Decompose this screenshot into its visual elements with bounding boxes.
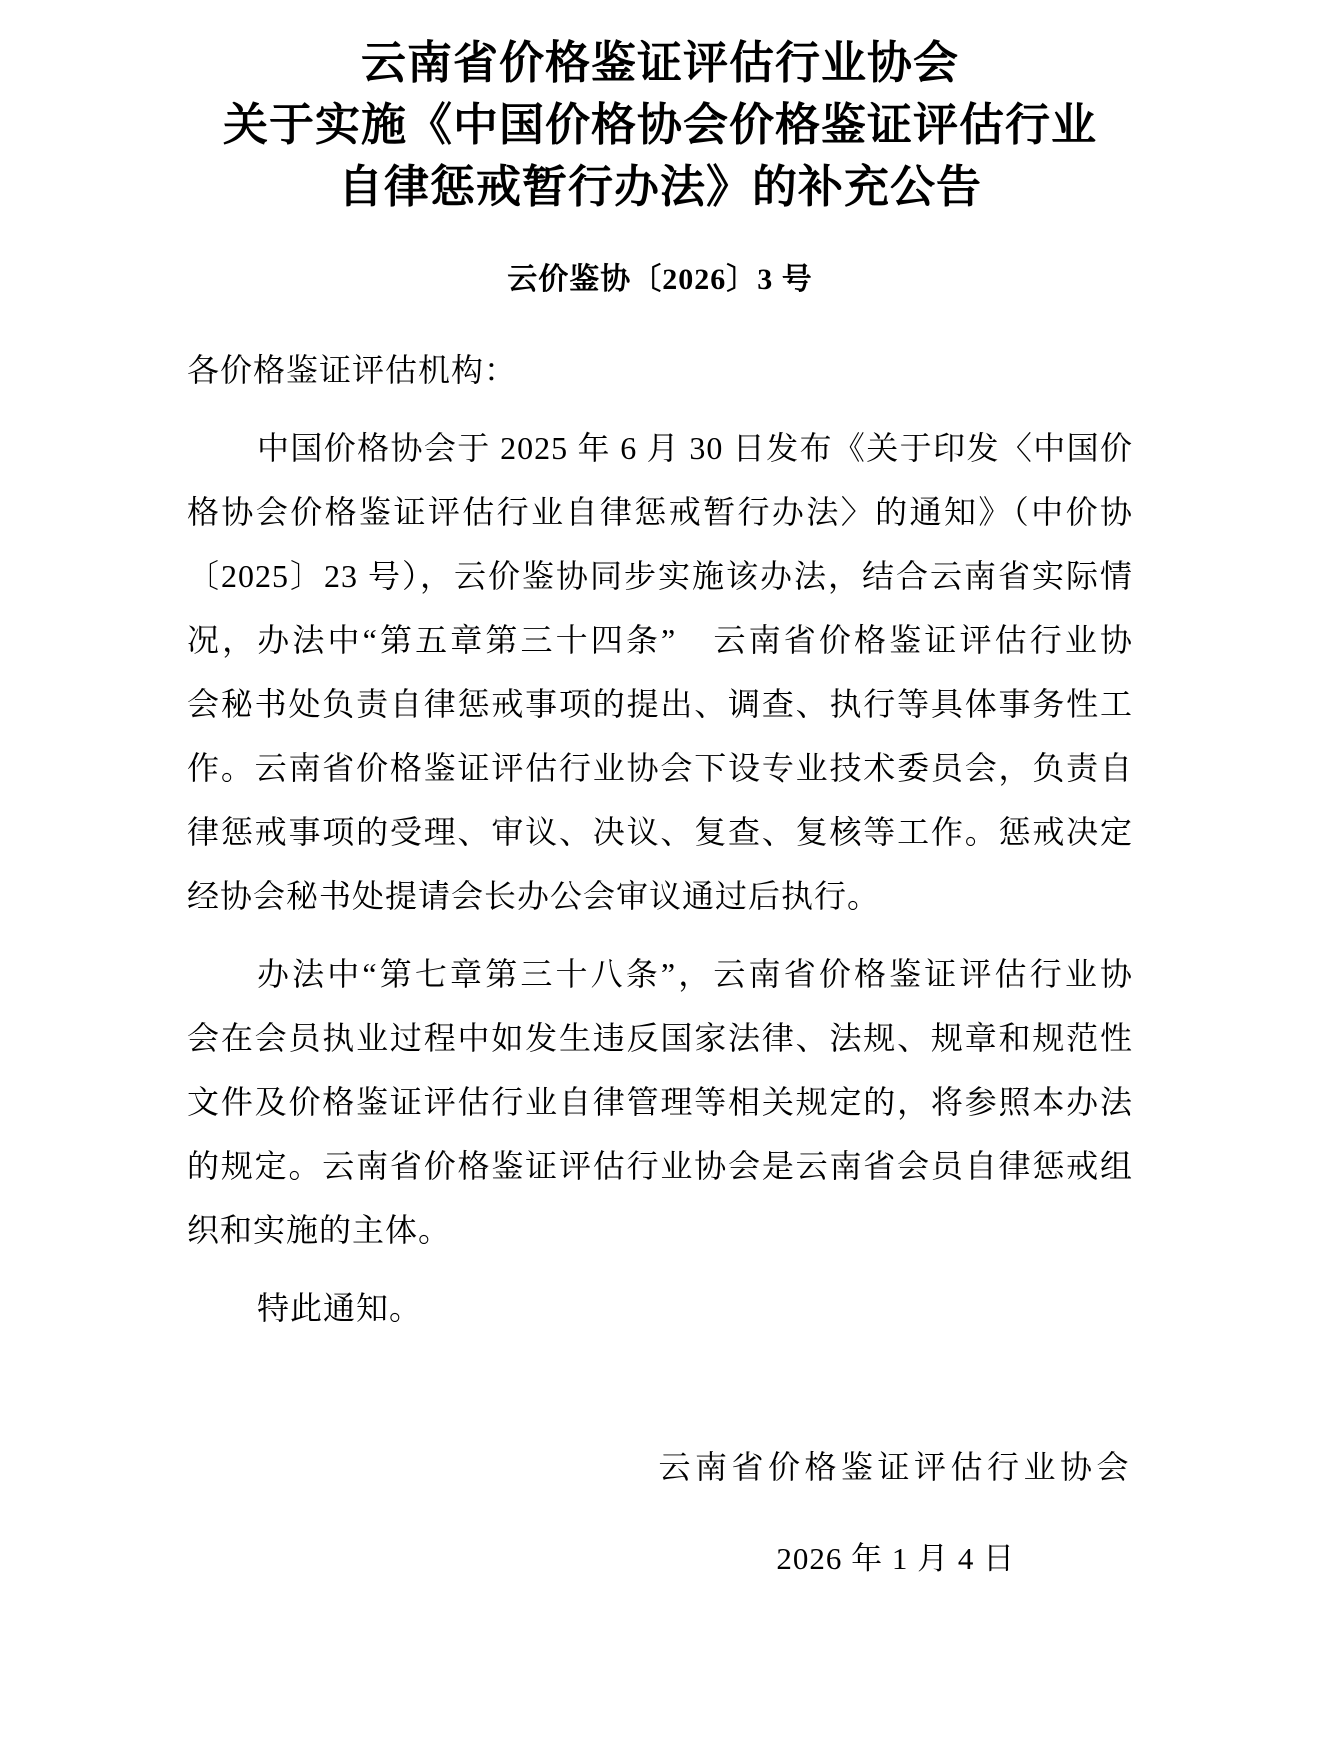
paragraph-1-line: 作。云南省价格鉴证评估行业协会下设专业技术委员会，负责自 <box>187 736 1133 800</box>
paragraph-1-line: 格协会价格鉴证评估行业自律惩戒暂行办法〉的通知》（中价协 <box>187 480 1133 544</box>
salutation: 各价格鉴证评估机构： <box>187 338 1133 402</box>
document-title-line-2: 关于实施《中国价格协会价格鉴证评估行业 <box>187 94 1133 156</box>
paragraph-1-line: 况，办法中“第五章第三十四条” 云南省价格鉴证评估行业协 <box>187 608 1133 672</box>
closing-paragraph: 特此通知。 <box>187 1276 1133 1340</box>
paragraph-1-line: 中国价格协会于 2025 年 6 月 30 日发布《关于印发〈中国价 <box>187 416 1133 480</box>
paragraph-1-line: 会秘书处负责自律惩戒事项的提出、调查、执行等具体事务性工 <box>187 672 1133 736</box>
paragraph-1-line: 经协会秘书处提请会长办公会审议通过后执行。 <box>187 864 1133 928</box>
paragraph-2-line: 会在会员执业过程中如发生违反国家法律、法规、规章和规范性 <box>187 1006 1133 1070</box>
paragraph-1-line: 律惩戒事项的受理、审议、决议、复查、复核等工作。惩戒决定 <box>187 800 1133 864</box>
document-number: 云价鉴协〔2026〕3 号 <box>187 260 1133 300</box>
document-title: 云南省价格鉴证评估行业协会 关于实施《中国价格协会价格鉴证评估行业 自律惩戒暂行… <box>187 32 1133 218</box>
paragraph-1-line: 〔2025〕23 号），云价鉴协同步实施该办法，结合云南省实际情 <box>187 544 1133 608</box>
closing-line: 特此通知。 <box>187 1276 1133 1340</box>
document-title-line-3: 自律惩戒暂行办法》的补充公告 <box>187 156 1133 218</box>
paragraph-2: 办法中“第七章第三十八条”，云南省价格鉴证评估行业协 会在会员执业过程中如发生违… <box>187 942 1133 1262</box>
document-body: 各价格鉴证评估机构： 中国价格协会于 2025 年 6 月 30 日发布《关于印… <box>187 338 1133 1340</box>
issue-date: 2026 年 1 月 4 日 <box>776 1537 1015 1581</box>
paragraph-2-line: 的规定。云南省价格鉴证评估行业协会是云南省会员自律惩戒组 <box>187 1134 1133 1198</box>
paragraph-1: 中国价格协会于 2025 年 6 月 30 日发布《关于印发〈中国价 格协会价格… <box>187 416 1133 928</box>
paragraph-2-line: 办法中“第七章第三十八条”，云南省价格鉴证评估行业协 <box>187 942 1133 1006</box>
official-notice-page: 云南省价格鉴证评估行业协会 关于实施《中国价格协会价格鉴证评估行业 自律惩戒暂行… <box>0 0 1318 1748</box>
signature-block: 云南省价格鉴证评估行业协会 2026 年 1 月 4 日 <box>658 1445 1133 1581</box>
document-title-line-1: 云南省价格鉴证评估行业协会 <box>187 32 1133 94</box>
paragraph-2-line: 文件及价格鉴证评估行业自律管理等相关规定的，将参照本办法 <box>187 1070 1133 1134</box>
paragraph-2-line: 织和实施的主体。 <box>187 1198 1133 1262</box>
issuer-signature: 云南省价格鉴证评估行业协会 <box>658 1445 1133 1489</box>
